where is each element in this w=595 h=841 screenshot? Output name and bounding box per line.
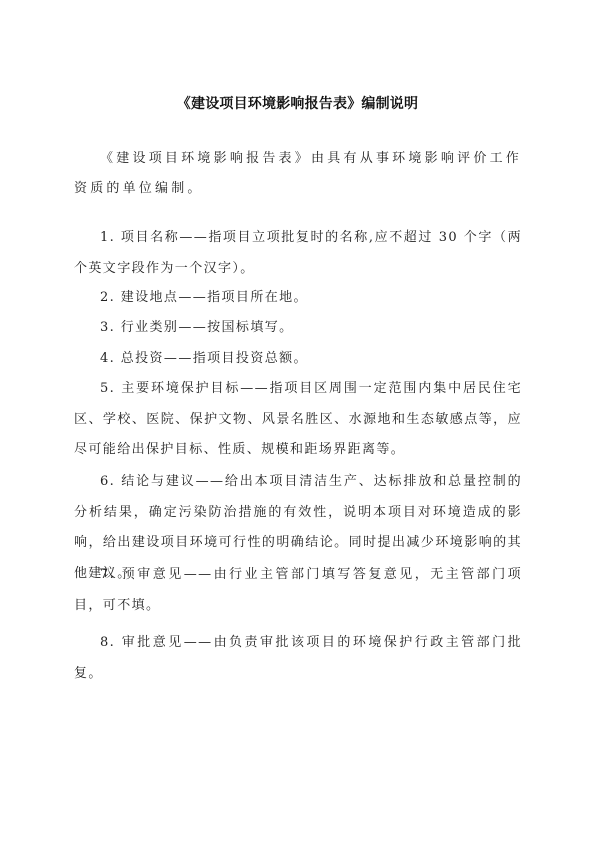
intro-paragraph: 《建设项目环境影响报告表》由具有从事环境影响评价工作资质的单位编制。 <box>74 144 522 204</box>
item-paragraph: 4. 总投资——指项目投资总额。 <box>74 344 522 375</box>
item-paragraph: 1. 项目名称——指项目立项批复时的名称,应不超过 30 个字（两个英文字段作为… <box>74 223 522 284</box>
item-paragraph: 7. 预审意见——由行业主管部门填写答复意见，无主管部门项目，可不填。 <box>74 560 522 621</box>
item-paragraph: 3. 行业类别——按国标填写。 <box>74 313 522 344</box>
item-project-name: 1. 项目名称——指项目立项批复时的名称,应不超过 30 个字（两个英文字段作为… <box>74 223 522 284</box>
item-approval-opinion: 8. 审批意见——由负责审批该项目的环境保护行政主管部门批复。 <box>74 628 522 689</box>
item-industry-category: 3. 行业类别——按国标填写。 <box>74 313 522 344</box>
item-paragraph: 5. 主要环境保护目标——指项目区周围一定范围内集中居民住宅区、学校、医院、保护… <box>74 374 522 466</box>
intro-section: 《建设项目环境影响报告表》由具有从事环境影响评价工作资质的单位编制。 <box>74 144 522 204</box>
item-protection-targets: 5. 主要环境保护目标——指项目区周围一定范围内集中居民住宅区、学校、医院、保护… <box>74 374 522 466</box>
item-paragraph: 2. 建设地点——指项目所在地。 <box>74 283 522 314</box>
item-construction-site: 2. 建设地点——指项目所在地。 <box>74 283 522 314</box>
item-total-investment: 4. 总投资——指项目投资总额。 <box>74 344 522 375</box>
item-paragraph: 8. 审批意见——由负责审批该项目的环境保护行政主管部门批复。 <box>74 628 522 689</box>
item-preliminary-review: 7. 预审意见——由行业主管部门填写答复意见，无主管部门项目，可不填。 <box>74 560 522 621</box>
document-page: 《建设项目环境影响报告表》编制说明 《建设项目环境影响报告表》由具有从事环境影响… <box>0 0 595 841</box>
document-title: 《建设项目环境影响报告表》编制说明 <box>0 93 595 113</box>
